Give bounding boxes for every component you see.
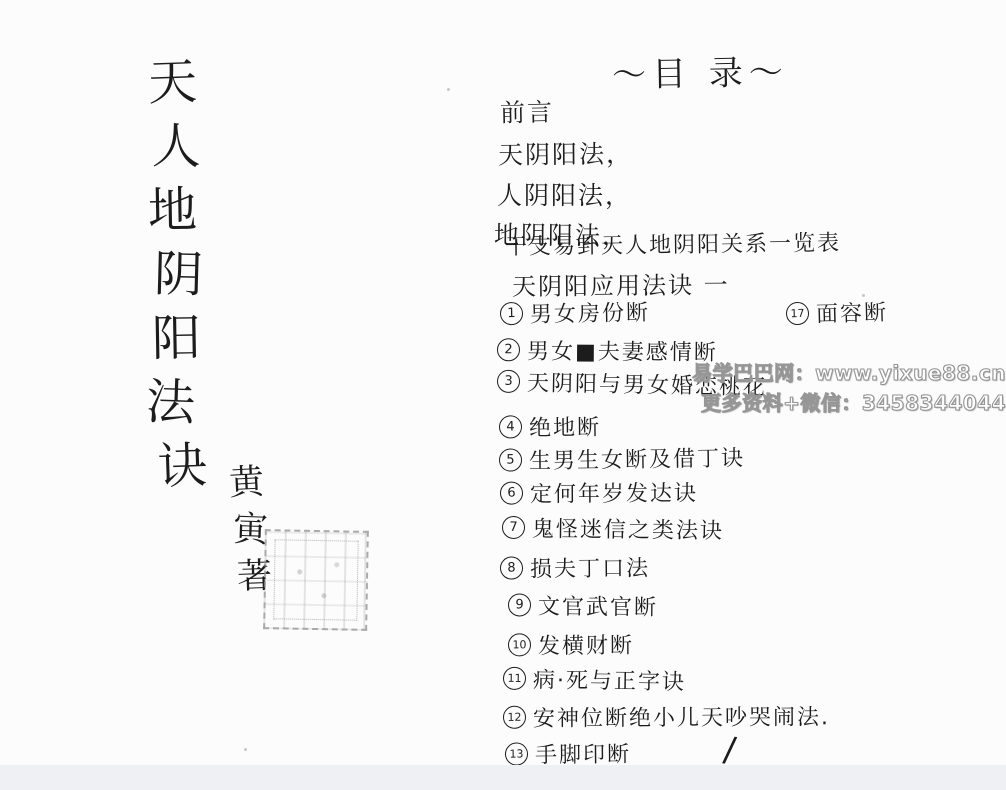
toc-entry: 6定何年岁发达诀 xyxy=(500,476,698,508)
toc-entry: 11病·死与正字诀 xyxy=(503,663,686,697)
circled-number: 4 xyxy=(499,415,522,438)
author-seal-stamp xyxy=(263,529,369,631)
scan-speck xyxy=(244,748,247,751)
circled-number: 1 xyxy=(500,302,523,325)
scan-speck xyxy=(862,294,865,297)
title-char: 天 xyxy=(148,57,199,108)
toc-entry-text: 面容断 xyxy=(816,296,889,329)
toc-entry-text: 安神位断绝小儿天吵哭闹法. xyxy=(533,700,830,733)
circled-number: 8 xyxy=(500,556,523,579)
toc-entry-text: 男女■夫妻感情断 xyxy=(527,334,718,366)
toc-entry-text: 男女房份断 xyxy=(530,296,651,329)
toc-entry: 4绝地断 xyxy=(499,410,601,442)
toc-entry: 1男女房份断 xyxy=(500,296,651,330)
title-char: 地 xyxy=(148,186,198,236)
toc-entry: 5生男生女断及借丁诀 xyxy=(499,441,745,475)
site-watermark: 易学巴巴网：www.yixue88.cn 更多资料+微信：3458344044 xyxy=(692,358,1006,418)
watermark-line1: 易学巴巴网：www.yixue88.cn xyxy=(692,358,1006,388)
toc-entry-text: 损夫丁口法 xyxy=(530,551,650,583)
circled-number: 10 xyxy=(508,633,531,656)
toc-entry-text: 病·死与正字诀 xyxy=(533,663,686,696)
scan-bottom-band xyxy=(0,765,1006,790)
toc-entry: 2男女■夫妻感情断 xyxy=(497,334,718,367)
author-char: 黄 xyxy=(229,465,266,502)
toc-entry: 12安神位断绝小儿天吵哭闹法. xyxy=(503,700,830,733)
toc-entry-text: 文官武官断 xyxy=(538,590,658,622)
toc-entry-man-yinyang: 人阴阳法， xyxy=(497,176,632,212)
toc-entry: 7鬼怪迷信之类法诀 xyxy=(502,512,724,545)
book-title-vertical: 天 人 地 阴 阳 法 诀 xyxy=(138,58,208,491)
toc-entry-text: 人阴阳法， xyxy=(497,176,632,212)
title-char: 诀 xyxy=(158,441,209,492)
toc-entry-text: 前言 xyxy=(500,93,555,130)
circled-number: 6 xyxy=(500,482,523,505)
circled-number: 13 xyxy=(505,742,528,765)
circled-number: 5 xyxy=(499,448,522,471)
toc-entry: 10发横财断 xyxy=(508,629,634,661)
circled-number: 12 xyxy=(503,706,526,729)
toc-entry-face-reading: 17面容断 xyxy=(786,296,889,330)
toc-entry-text: 生男生女断及借丁诀 xyxy=(529,441,745,475)
watermark-line2: 更多资料+微信：3458344044 xyxy=(692,388,1006,418)
toc-entry: 9文官武官断 xyxy=(508,589,658,621)
toc-entry-overview-table: 干支易卦天人地阴阳关系一览表 xyxy=(505,226,841,261)
toc-entry: 8损夫丁口法 xyxy=(500,551,650,583)
title-char: 人 xyxy=(152,122,202,172)
toc-header: ～目 录～ xyxy=(612,44,790,96)
toc-entry-foreword: 前言 xyxy=(500,93,555,130)
toc-entry-text: 干支易卦天人地阴阳关系一览表 xyxy=(505,226,841,261)
toc-entry-text: 发横财断 xyxy=(538,629,634,661)
title-char: 阳 xyxy=(152,314,202,364)
title-char: 阴 xyxy=(154,250,204,300)
scan-speck xyxy=(447,88,450,91)
circled-number: 11 xyxy=(503,667,526,690)
toc-entry-sky-yinyang: 天阴阳法， xyxy=(498,134,633,171)
circled-number: 3 xyxy=(497,370,520,393)
toc-entry-text: 鬼怪迷信之类法诀 xyxy=(532,512,724,545)
toc-entry-text: 定何年岁发达诀 xyxy=(530,476,698,508)
title-char: 法 xyxy=(146,377,197,428)
toc-entry-text: 绝地断 xyxy=(529,410,601,442)
circled-number: 9 xyxy=(508,593,531,616)
circled-number: 2 xyxy=(497,338,520,361)
circled-number: 7 xyxy=(502,516,525,539)
toc-entry-text: 天阴阳法， xyxy=(498,134,633,171)
circled-number: 17 xyxy=(786,302,810,326)
